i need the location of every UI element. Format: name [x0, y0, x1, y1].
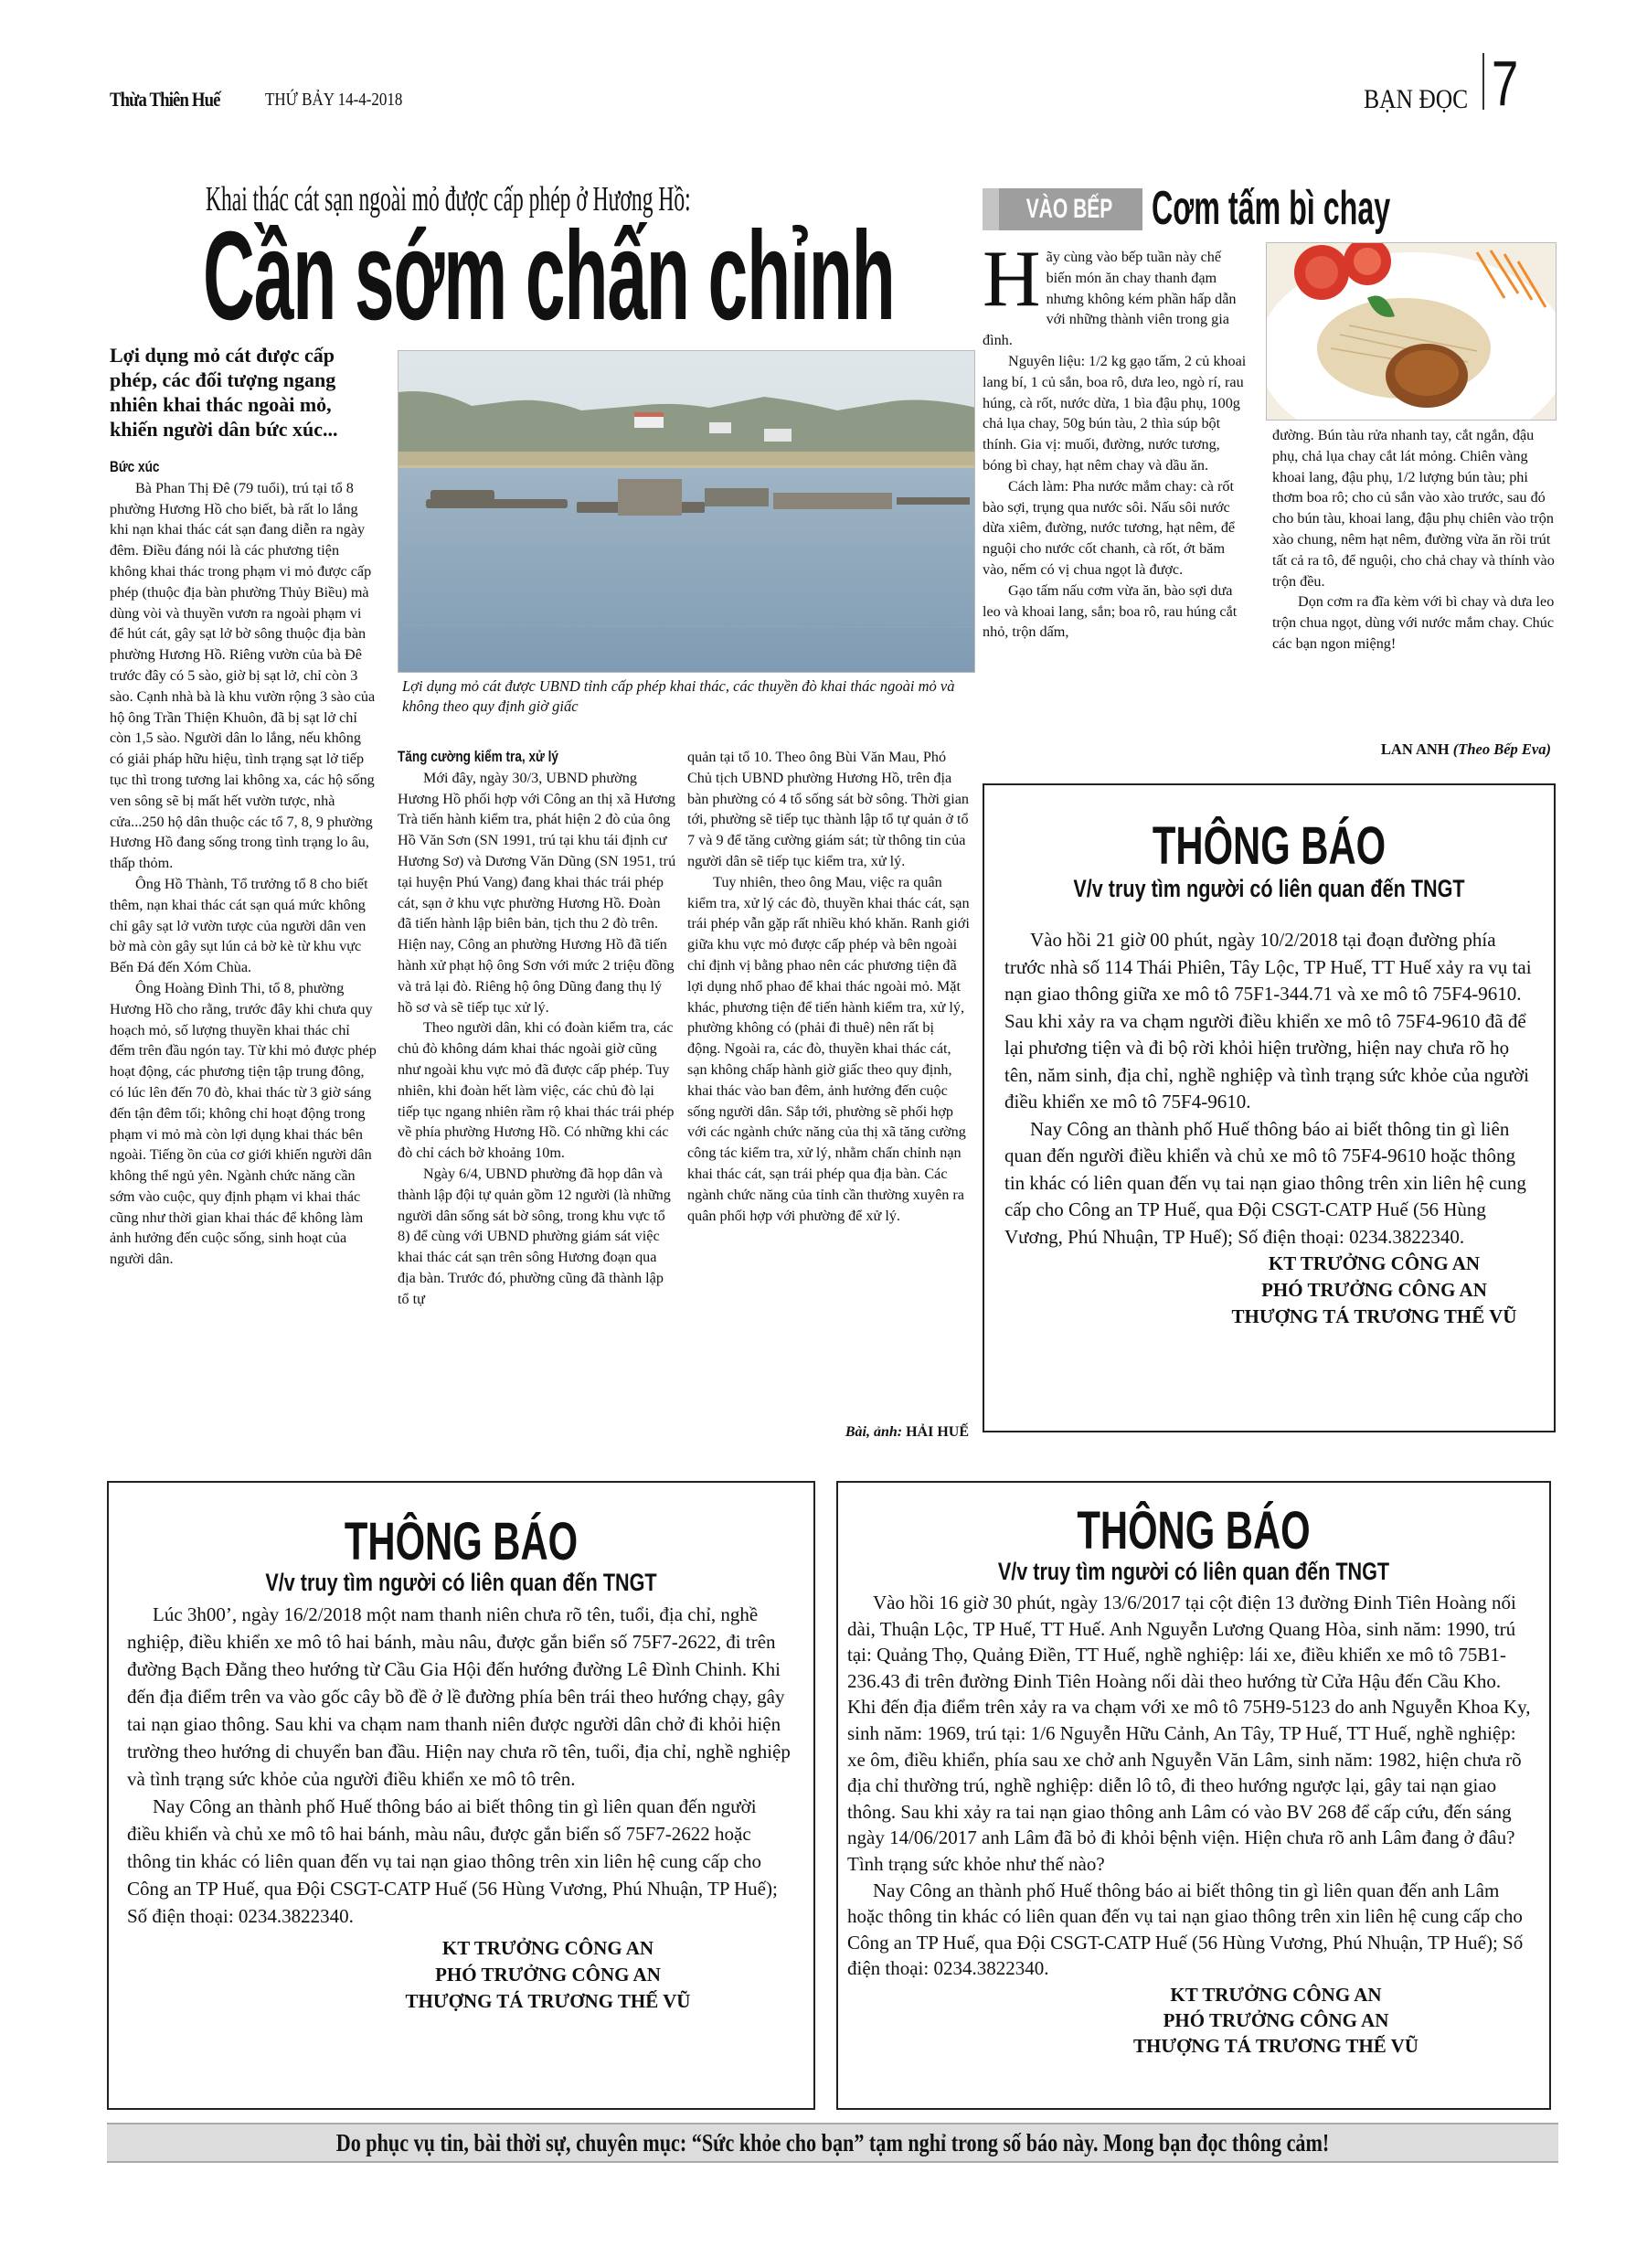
photo-image-icon — [398, 351, 975, 673]
paragraph: Mới đây, ngày 30/3, UBND phường Hương Hồ… — [398, 768, 676, 1018]
notice-box-3: THÔNG BÁO V/v truy tìm người có liên qua… — [836, 1481, 1551, 2110]
paragraph: quản tại tổ 10. Theo ông Bùi Văn Mau, Ph… — [687, 747, 971, 872]
paragraph: Ông Hoàng Đình Thi, tổ 8, phường Hương H… — [110, 978, 377, 1270]
paragraph: Ngày 6/4, UBND phường đã họp dân và thàn… — [398, 1164, 676, 1310]
notice-subtitle: V/v truy tìm người có liên quan đến TNGT — [179, 1569, 743, 1597]
notice-body: Lúc 3h00’, ngày 16/2/2018 một nam thanh … — [127, 1601, 793, 1930]
article-column-1: Bức xúc Bà Phan Thị Đê (79 tuổi), trú tạ… — [110, 457, 377, 1270]
paragraph: Ông Hồ Thành, Tổ trưởng tổ 8 cho biết th… — [110, 874, 377, 978]
article-column-2: Tăng cường kiểm tra, xử lý Mới đây, ngày… — [398, 747, 676, 1310]
article-headline: Cần sớm chấn chỉnh — [203, 210, 895, 343]
header-divider — [1482, 53, 1484, 110]
recipe-section-tag: VÀO BẾP — [983, 188, 1142, 230]
footer-notice-banner: Do phục vụ tin, bài thời sự, chuyên mục:… — [107, 2123, 1558, 2163]
recipe-title: Cơm tấm bì chay — [1152, 181, 1390, 236]
paragraph: Gạo tấm nấu cơm vừa ăn, bào sợi dưa leo … — [983, 580, 1248, 643]
paragraph: Nay Công an thành phố Huế thông báo ai b… — [127, 1793, 793, 1930]
byline-name: HẢI HUẾ — [906, 1424, 969, 1440]
section-name: BẠN ĐỌC — [1364, 84, 1468, 115]
paragraph: Theo người dân, khi có đoàn kiểm tra, cá… — [398, 1017, 676, 1164]
paragraph: Dọn cơm ra đĩa kèm với bì chay và dưa le… — [1272, 591, 1556, 654]
paragraph: Lúc 3h00’, ngày 16/2/2018 một nam thanh … — [127, 1601, 793, 1793]
page-number: 7 — [1492, 51, 1518, 115]
paragraph: Vào hồi 21 giờ 00 phút, ngày 10/2/2018 t… — [1004, 927, 1535, 1116]
notice-signature: KT TRƯỞNG CÔNG AN PHÓ TRƯỞNG CÔNG AN THƯ… — [1003, 1982, 1549, 2059]
notice-title: THÔNG BÁO — [207, 1516, 715, 1569]
recipe-credit: LAN ANH (Theo Bếp Eva) — [1272, 740, 1551, 759]
river-boats-photo — [398, 350, 975, 673]
notice-title: THÔNG BÁO — [938, 1505, 1450, 1558]
issue-date: THỨ BẢY 14-4-2018 — [265, 90, 402, 111]
paragraph: Vào hồi 16 giờ 30 phút, ngày 13/6/2017 t… — [847, 1590, 1531, 1878]
paragraph: Nguyên liệu: 1/2 kg gạo tấm, 2 củ khoai … — [983, 351, 1248, 476]
paragraph: Nay Công an thành phố Huế thông báo ai b… — [847, 1878, 1531, 1982]
notice-title: THÔNG BÁO — [1064, 820, 1474, 873]
article-byline: Bài, ảnh: HẢI HUẾ — [786, 1424, 969, 1441]
newspaper-name: Thừa Thiên Huế — [110, 88, 220, 112]
banner-text: Do phục vụ tin, bài thời sự, chuyên mục:… — [238, 2124, 1428, 2161]
notice-box-1: THÔNG BÁO V/v truy tìm người có liên qua… — [983, 783, 1556, 1432]
paragraph: Bà Phan Thị Đê (79 tuổi), trú tại tổ 8 p… — [110, 478, 377, 874]
notice-subtitle: V/v truy tìm người có liên quan đến TNGT — [1041, 875, 1496, 903]
section-heading-buc-xuc: Bức xúc — [110, 457, 324, 478]
notice-body: Vào hồi 16 giờ 30 phút, ngày 13/6/2017 t… — [847, 1590, 1531, 1982]
drop-cap: H — [983, 249, 1041, 311]
recipe-intro: Hãy cùng vào bếp tuần này chế biến món ă… — [983, 247, 1248, 351]
notice-signature: KT TRƯỞNG CÔNG AN PHÓ TRƯỞNG CÔNG AN THƯ… — [1195, 1251, 1554, 1330]
recipe-column-1: Hãy cùng vào bếp tuần này chế biến món ă… — [983, 247, 1248, 643]
notice-subtitle: V/v truy tìm người có liên quan đến TNGT — [909, 1558, 1478, 1586]
food-image-icon — [1267, 243, 1557, 421]
com-tam-bi-chay-photo — [1266, 242, 1557, 421]
article-lede: Lợi dụng mỏ cát được cấp phép, các đối t… — [110, 343, 375, 442]
recipe-tag-label: VÀO BẾP — [1022, 194, 1118, 225]
paragraph: Nay Công an thành phố Huế thông báo ai b… — [1004, 1116, 1535, 1251]
byline-label: Bài, ảnh: — [845, 1424, 902, 1440]
notice-body: Vào hồi 21 giờ 00 phút, ngày 10/2/2018 t… — [1004, 927, 1535, 1251]
credit-source: (Theo Bếp Eva) — [1453, 740, 1551, 758]
paragraph: Tuy nhiên, theo ông Mau, việc ra quân ki… — [687, 872, 971, 1227]
paragraph: đường. Bún tàu rửa nhanh tay, cắt ngắn, … — [1272, 425, 1556, 591]
notice-signature: KT TRƯỞNG CÔNG AN PHÓ TRƯỞNG CÔNG AN THƯ… — [282, 1935, 813, 2015]
recipe-column-2: đường. Bún tàu rửa nhanh tay, cắt ngắn, … — [1272, 425, 1556, 655]
article-column-3: quản tại tổ 10. Theo ông Bùi Văn Mau, Ph… — [687, 747, 971, 1226]
credit-name: LAN ANH — [1381, 740, 1450, 758]
paragraph: Cách làm: Pha nước mắm chay: cà rốt bào … — [983, 476, 1248, 580]
section-heading-kiem-tra: Tăng cường kiểm tra, xử lý — [398, 747, 621, 768]
photo-caption: Lợi dụng mỏ cát được UBND tỉnh cấp phép … — [402, 676, 978, 717]
notice-box-2: THÔNG BÁO V/v truy tìm người có liên qua… — [107, 1481, 815, 2110]
